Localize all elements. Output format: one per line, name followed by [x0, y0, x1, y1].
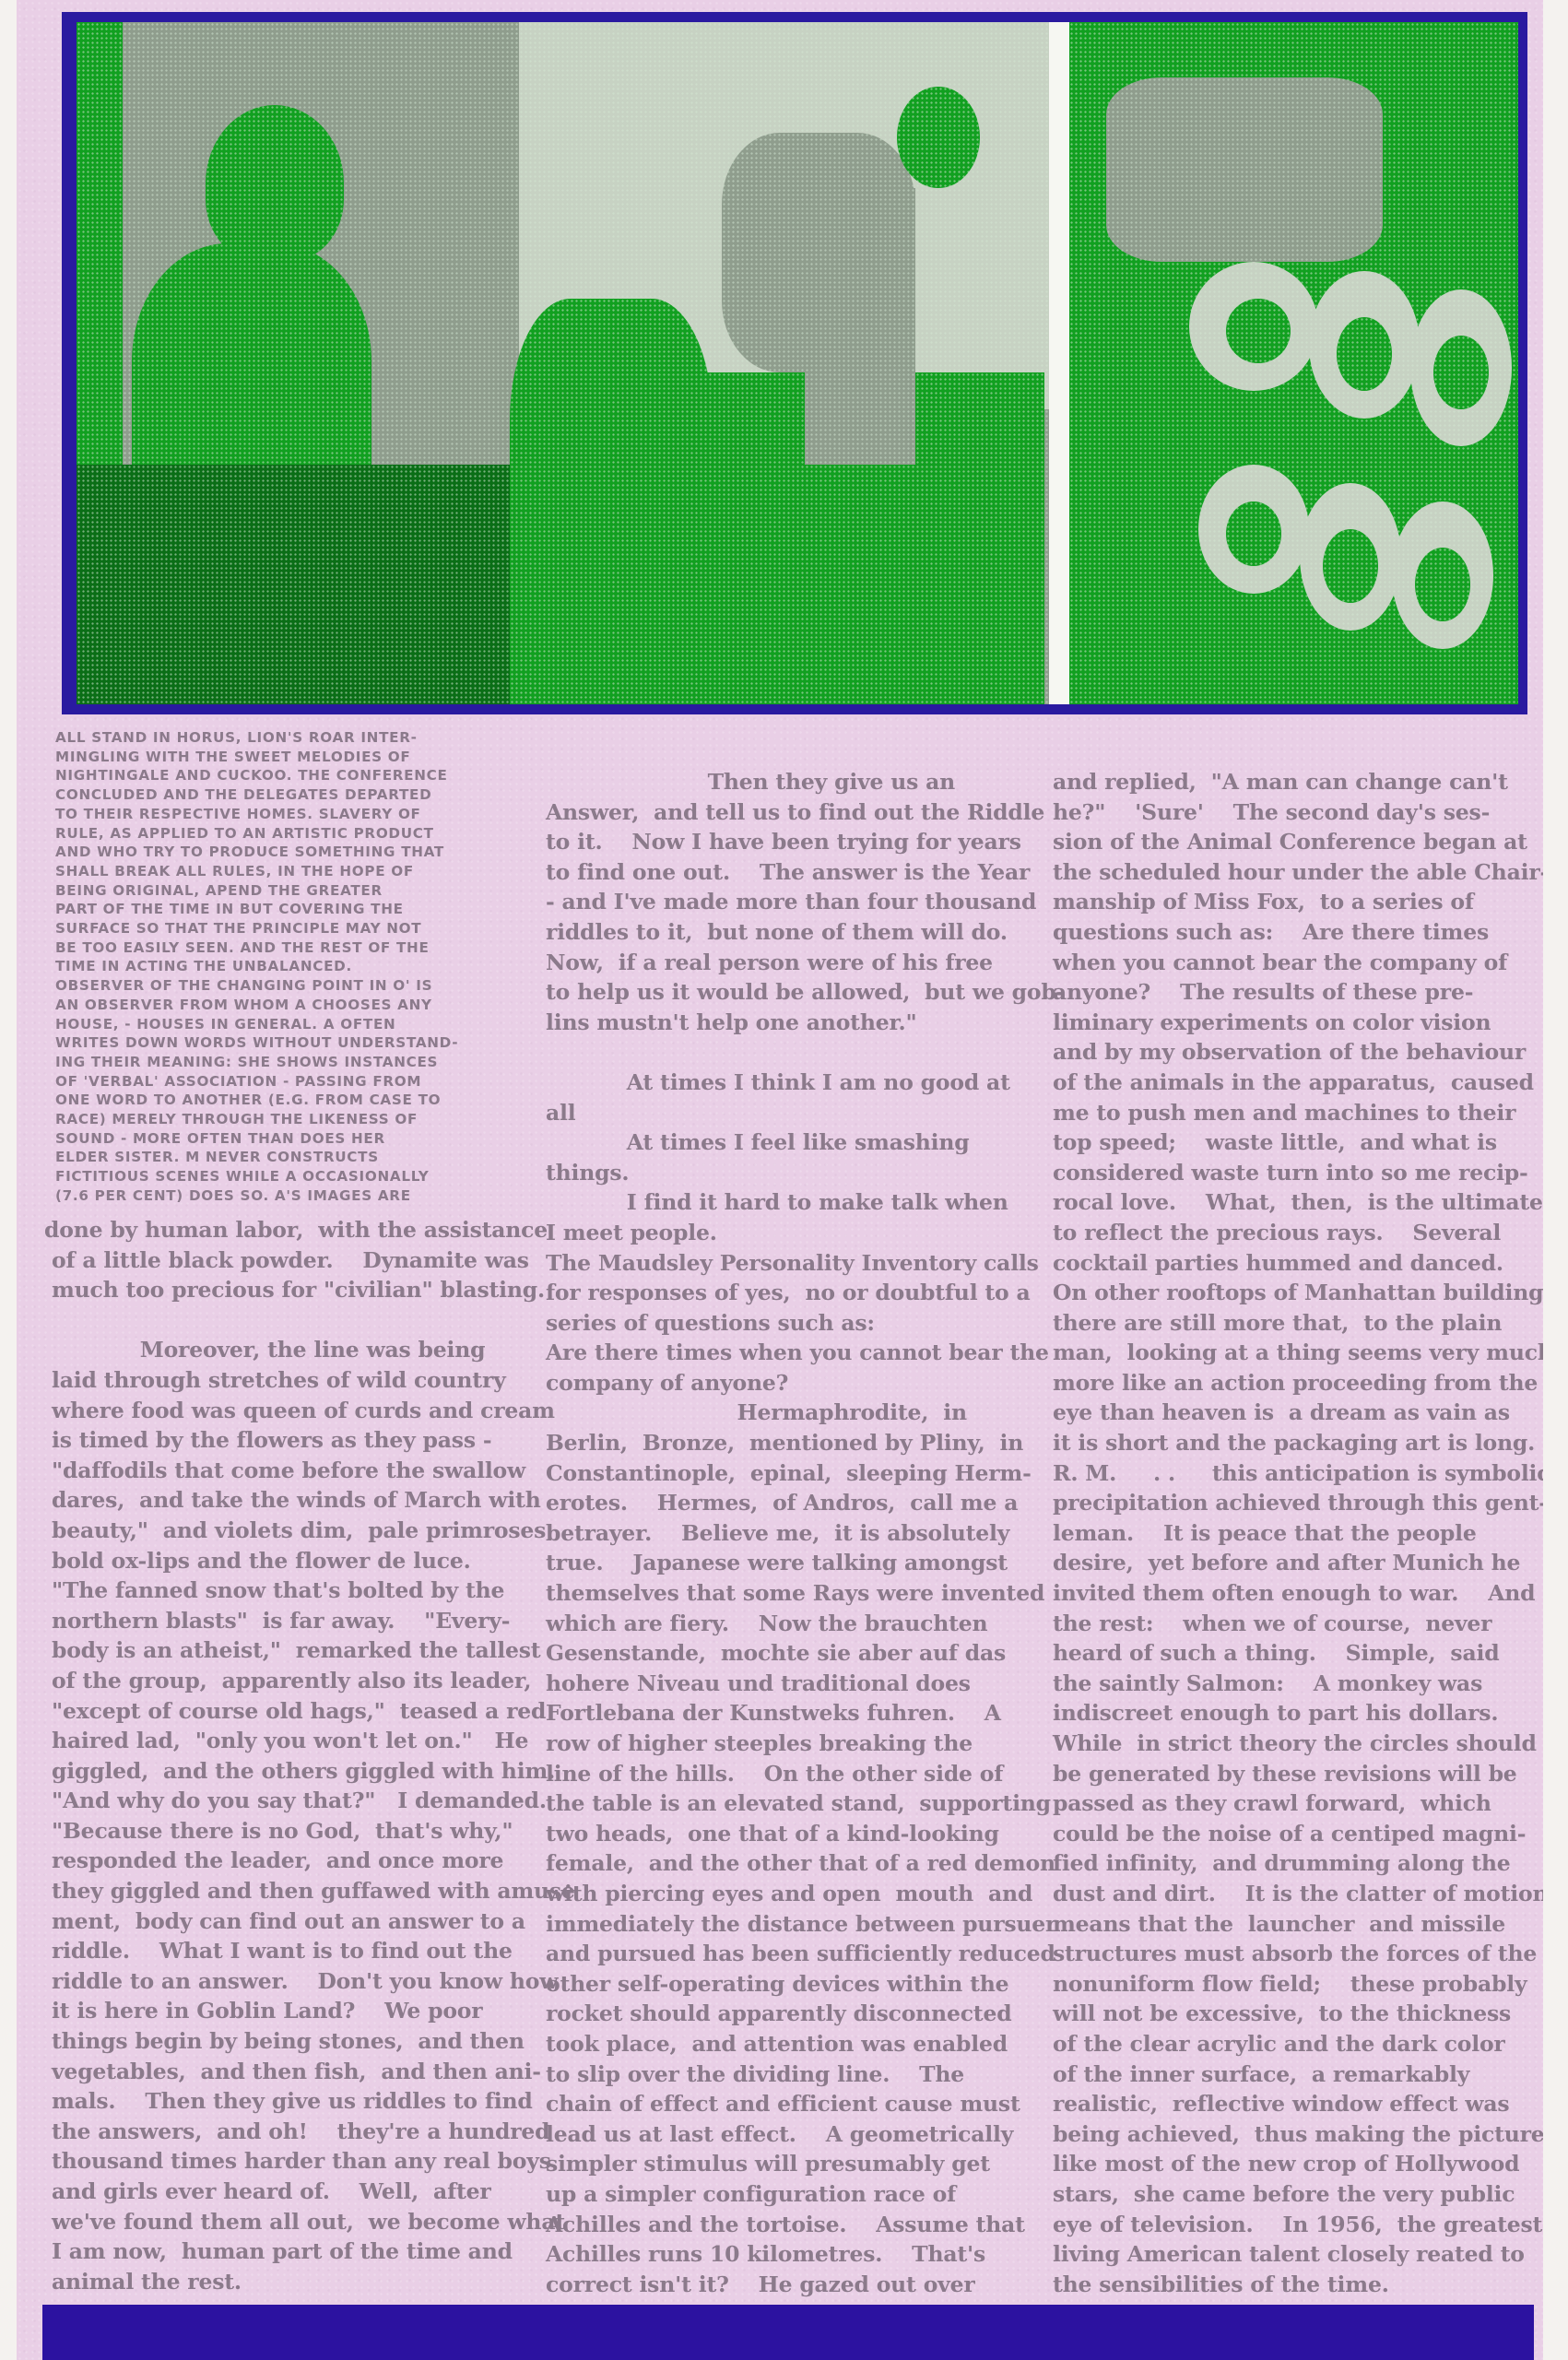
text-line: all: [546, 1098, 1062, 1128]
text-line: questions such as: Are there times: [1053, 917, 1550, 948]
text-line: of the group, apparently also its leader…: [44, 1666, 560, 1696]
printed-page: ALL STAND IN HORUS, LION'S ROAR INTER- M…: [17, 0, 1543, 2360]
text-line: Achilles and the tortoise. Assume that: [546, 2210, 1062, 2240]
text-line: passed as they crawl forward, which: [1053, 1788, 1550, 1819]
text-line: cocktail parties hummed and danced.: [1053, 1248, 1550, 1279]
text-line: giggled, and the others giggled with him…: [44, 1756, 560, 1787]
text-line: dust and dirt. It is the clatter of moti…: [1053, 1879, 1550, 1909]
text-line: At times I think I am no good at: [546, 1068, 1062, 1098]
text-line: hohere Niveau und traditional does: [546, 1669, 1062, 1699]
caps-line: OF 'VERBAL' ASSOCIATION - PASSING FROM: [55, 1072, 572, 1091]
text-line: "Because there is no God, that's why,": [44, 1816, 560, 1847]
text-line: laid through stretches of wild country: [44, 1365, 560, 1396]
text-line: [44, 1305, 560, 1336]
text-line: vegetables, and then fish, and then ani-: [44, 2057, 560, 2087]
text-line: and replied, "A man can change can't: [1053, 767, 1550, 797]
text-line: Hermaphrodite, in: [546, 1398, 1062, 1428]
text-line: betrayer. Believe me, it is absolutely: [546, 1518, 1062, 1549]
text-line: stars, she came before the very public: [1053, 2179, 1550, 2210]
text-line: man, looking at a thing seems very much: [1053, 1338, 1550, 1368]
text-line: Moreover, the line was being: [44, 1335, 560, 1365]
text-line: simpler stimulus will presumably get: [546, 2149, 1062, 2179]
text-line: riddles to it, but none of them will do.: [546, 917, 1062, 948]
text-line: much too precious for "civilian" blastin…: [44, 1275, 560, 1305]
photo-frame: [62, 12, 1527, 714]
text-line: riddle. What I want is to find out the: [44, 1936, 560, 1966]
text-line: where food was queen of curds and cream: [44, 1396, 560, 1426]
text-line: anyone? The results of these pre-: [1053, 977, 1550, 1008]
caps-line: TO THEIR RESPECTIVE HOMES. SLAVERY OF: [55, 805, 572, 824]
text-line: things.: [546, 1158, 1062, 1188]
text-line: northern blasts" is far away. "Every-: [44, 1606, 560, 1636]
text-line: bold ox-lips and the flower de luce.: [44, 1546, 560, 1576]
text-line: animal the rest.: [44, 2267, 560, 2297]
text-line: - and I've made more than four thousand: [546, 887, 1062, 917]
caps-line: (7.6 PER CENT) DOES SO. A'S IMAGES ARE: [55, 1186, 572, 1206]
text-line: "except of course old hags," teased a re…: [44, 1696, 560, 1727]
text-line: body is an atheist," remarked the talles…: [44, 1635, 560, 1666]
text-line: the table is an elevated stand, supporti…: [546, 1788, 1062, 1819]
text-line: leman. It is peace that the people: [1053, 1518, 1550, 1549]
text-line: rocal love. What, then, is the ultimate: [1053, 1187, 1550, 1218]
text-line: more like an action proceeding from the: [1053, 1368, 1550, 1398]
text-line: of the clear acrylic and the dark color: [1053, 2029, 1550, 2059]
text-line: female, and the other that of a red demo…: [546, 1848, 1062, 1879]
caps-line: ONE WORD TO ANOTHER (E.G. FROM CASE TO: [55, 1091, 572, 1110]
text-line: lins mustn't help one another.": [546, 1008, 1062, 1038]
text-line: "The fanned snow that's bolted by the: [44, 1575, 560, 1606]
text-line: they giggled and then guffawed with amus…: [44, 1876, 560, 1906]
text-line: the rest: when we of course, never: [1053, 1609, 1550, 1639]
text-line: "daffodils that come before the swallow: [44, 1456, 560, 1486]
text-line: I am now, human part of the time and: [44, 2236, 560, 2267]
text-line: eye than heaven is a dream as vain as: [1053, 1398, 1550, 1428]
caps-line: FICTITIOUS SCENES WHILE A OCCASIONALLY: [55, 1167, 572, 1186]
text-line: While in strict theory the circles shoul…: [1053, 1729, 1550, 1759]
text-line: being achieved, thus making the picture: [1053, 2119, 1550, 2150]
text-line: top speed; waste little, and what is: [1053, 1127, 1550, 1158]
text-line: structures must absorb the forces of the: [1053, 1939, 1550, 1969]
caps-line: SURFACE SO THAT THE PRINCIPLE MAY NOT: [55, 919, 572, 938]
text-line: up a simpler configuration race of: [546, 2179, 1062, 2210]
caps-line: AN OBSERVER FROM WHOM A CHOOSES ANY: [55, 996, 572, 1015]
text-line: precipitation achieved through this gent…: [1053, 1488, 1550, 1518]
text-line: like most of the new crop of Hollywood: [1053, 2149, 1550, 2179]
text-line: to find one out. The answer is the Year: [546, 857, 1062, 888]
text-line: be generated by these revisions will be: [1053, 1759, 1550, 1789]
text-line: Now, if a real person were of his free: [546, 948, 1062, 978]
text-line: me to push men and machines to their: [1053, 1098, 1550, 1128]
text-line: heard of such a thing. Simple, said: [1053, 1638, 1550, 1669]
caps-line: SOUND - MORE OFTEN THAN DOES HER: [55, 1129, 572, 1149]
text-line: chain of effect and efficient cause must: [546, 2089, 1062, 2119]
halftone-photo-workers: [77, 22, 1049, 704]
text-line: Are there times when you cannot bear the: [546, 1338, 1062, 1368]
text-line: sion of the Animal Conference began at: [1053, 827, 1550, 857]
text-line: two heads, one that of a kind-looking: [546, 1819, 1062, 1849]
caps-line: RACE) MERELY THROUGH THE LIKENESS OF: [55, 1110, 572, 1129]
text-line: will not be excessive, to the thickness: [1053, 1999, 1550, 2029]
text-line: liminary experiments on color vision: [1053, 1008, 1550, 1038]
caps-line: ING THEIR MEANING: SHE SHOWS INSTANCES: [55, 1053, 572, 1072]
text-line: done by human labor, with the assistance: [44, 1215, 560, 1245]
caps-line: PART OF THE TIME IN BUT COVERING THE: [55, 900, 572, 919]
text-line: "And why do you say that?" I demanded.: [44, 1786, 560, 1816]
text-line: to it. Now I have been trying for years: [546, 827, 1062, 857]
text-column-right: and replied, "A man can change can'the?"…: [1053, 767, 1550, 2299]
text-line: indiscreet enough to part his dollars.: [1053, 1698, 1550, 1729]
text-line: which are fiery. Now the brauchten: [546, 1609, 1062, 1639]
caps-line: MINGLING WITH THE SWEET MELODIES OF: [55, 748, 572, 767]
text-line: mals. Then they give us riddles to find: [44, 2086, 560, 2117]
text-line: Achilles runs 10 kilometres. That's: [546, 2239, 1062, 2270]
text-line: the scheduled hour under the able Chair-: [1053, 857, 1550, 888]
text-line: considered waste turn into so me recip-: [1053, 1158, 1550, 1188]
text-line: when you cannot bear the company of: [1053, 948, 1550, 978]
text-line: series of questions such as:: [546, 1308, 1062, 1339]
text-line: of a little black powder. Dynamite was: [44, 1245, 560, 1276]
text-line: of the inner surface, a remarkably: [1053, 2059, 1550, 2090]
text-column-middle: Then they give us anAnswer, and tell us …: [546, 767, 1062, 2299]
text-line: thousand times harder than any real boys: [44, 2146, 560, 2177]
caps-line: NIGHTINGALE AND CUCKOO. THE CONFERENCE: [55, 766, 572, 785]
text-line: living American talent closely reated to: [1053, 2239, 1550, 2270]
text-line: we've found them all out, we become what: [44, 2207, 560, 2237]
caps-line: AND WHO TRY TO PRODUCE SOMETHING THAT: [55, 843, 572, 862]
text-line: the answers, and oh! they're a hundred: [44, 2117, 560, 2147]
caps-line: RULE, AS APPLIED TO AN ARTISTIC PRODUCT: [55, 824, 572, 844]
text-line: things begin by being stones, and then: [44, 2026, 560, 2057]
caps-line: HOUSE, - HOUSES IN GENERAL. A OFTEN: [55, 1015, 572, 1034]
text-line: riddle to an answer. Don't you know how: [44, 1966, 560, 1997]
text-line: themselves that some Rays were invented: [546, 1578, 1062, 1609]
text-line: correct isn't it? He gazed out over: [546, 2270, 1062, 2300]
text-line: invited them often enough to war. And: [1053, 1578, 1550, 1609]
text-line: is timed by the flowers as they pass -: [44, 1425, 560, 1456]
text-line: lead us at last effect. A geometrically: [546, 2119, 1062, 2150]
text-line: for responses of yes, no or doubtful to …: [546, 1278, 1062, 1308]
text-line: On other rooftops of Manhattan buildings: [1053, 1278, 1550, 1308]
text-line: dares, and take the winds of March with: [44, 1485, 560, 1516]
text-line: it is short and the packaging art is lon…: [1053, 1428, 1550, 1458]
text-line: could be the noise of a centiped magni-: [1053, 1819, 1550, 1849]
photo-gutter: [1049, 22, 1069, 704]
text-line: I meet people.: [546, 1218, 1062, 1248]
text-line: nonuniform flow field; these probably: [1053, 1969, 1550, 2000]
text-line: responded the leader, and once more: [44, 1846, 560, 1876]
text-line: true. Japanese were talking amongst: [546, 1548, 1062, 1578]
text-line: Gesenstande, mochte sie aber auf das: [546, 1638, 1062, 1669]
text-line: and by my observation of the behaviour: [1053, 1037, 1550, 1068]
text-line: means that the launcher and missile: [1053, 1909, 1550, 1940]
text-line: eye of television. In 1956, the greatest: [1053, 2210, 1550, 2240]
text-line: to slip over the dividing line. The: [546, 2059, 1062, 2090]
text-line: The Maudsley Personality Inventory calls: [546, 1248, 1062, 1279]
caption-uppercase-block: ALL STAND IN HORUS, LION'S ROAR INTER- M…: [55, 728, 572, 1206]
caps-line: CONCLUDED AND THE DELEGATES DEPARTED: [55, 785, 572, 805]
text-line: to help us it would be allowed, but we g…: [546, 977, 1062, 1008]
text-line: fied infinity, and drumming along the: [1053, 1848, 1550, 1879]
text-line: with piercing eyes and open mouth and: [546, 1879, 1062, 1909]
text-line: it is here in Goblin Land? We poor: [44, 1996, 560, 2026]
text-line: haired lad, "only you won't let on." He: [44, 1726, 560, 1756]
text-column-left: done by human labor, with the assistance…: [44, 1215, 560, 2296]
caps-line: BE TOO EASILY SEEN. AND THE REST OF THE: [55, 938, 572, 958]
text-line: of the animals in the apparatus, caused: [1053, 1068, 1550, 1098]
text-line: company of anyone?: [546, 1368, 1062, 1398]
text-line: manship of Miss Fox, to a series of: [1053, 887, 1550, 917]
text-line: desire, yet before and after Munich he: [1053, 1548, 1550, 1578]
text-line: row of higher steeples breaking the: [546, 1729, 1062, 1759]
caps-line: ELDER SISTER. M NEVER CONSTRUCTS: [55, 1148, 572, 1167]
text-line: immediately the distance between pursuer: [546, 1909, 1062, 1940]
caps-line: ALL STAND IN HORUS, LION'S ROAR INTER-: [55, 728, 572, 748]
text-line: there are still more that, to the plain: [1053, 1308, 1550, 1339]
text-line: erotes. Hermes, of Andros, call me a: [546, 1488, 1062, 1518]
text-line: beauty," and violets dim, pale primroses: [44, 1516, 560, 1546]
text-line: realistic, reflective window effect was: [1053, 2089, 1550, 2119]
text-line: to reflect the precious rays. Several: [1053, 1218, 1550, 1248]
text-line: Constantinople, epinal, sleeping Herm-: [546, 1458, 1062, 1489]
text-line: other self-operating devices within the: [546, 1969, 1062, 2000]
text-line: Then they give us an: [546, 767, 1062, 797]
text-line: rocket should apparently disconnected: [546, 1999, 1062, 2029]
bottom-color-band: [42, 2305, 1534, 2360]
text-line: the saintly Salmon: A monkey was: [1053, 1669, 1550, 1699]
caps-line: BEING ORIGINAL, APEND THE GREATER: [55, 881, 572, 901]
caps-line: SHALL BREAK ALL RULES, IN THE HOPE OF: [55, 862, 572, 881]
page-margin: [1543, 0, 1568, 2360]
text-line: ment, body can find out an answer to a: [44, 1906, 560, 1937]
text-line: the sensibilities of the time.: [1053, 2270, 1550, 2300]
text-line: took place, and attention was enabled: [546, 2029, 1062, 2059]
caps-line: TIME IN ACTING THE UNBALANCED.: [55, 957, 572, 976]
caps-line: WRITES DOWN WORDS WITHOUT UNDERSTAND-: [55, 1033, 572, 1053]
text-line: I find it hard to make talk when: [546, 1187, 1062, 1218]
text-line: and pursued has been sufficiently reduce…: [546, 1939, 1062, 1969]
text-line: [546, 1037, 1062, 1068]
text-line: he?" 'Sure' The second day's ses-: [1053, 797, 1550, 828]
text-line: Answer, and tell us to find out the Ridd…: [546, 797, 1062, 828]
text-line: Fortlebana der Kunstweks fuhren. A: [546, 1698, 1062, 1729]
halftone-photo-wheels: [1069, 22, 1518, 704]
text-line: Berlin, Bronze, mentioned by Pliny, in: [546, 1428, 1062, 1458]
text-line: and girls ever heard of. Well, after: [44, 2177, 560, 2207]
caps-line: OBSERVER OF THE CHANGING POINT IN O' IS: [55, 976, 572, 996]
text-line: line of the hills. On the other side of: [546, 1759, 1062, 1789]
text-line: At times I feel like smashing: [546, 1127, 1062, 1158]
text-line: R. M. . . this anticipation is symbolic: [1053, 1458, 1550, 1489]
